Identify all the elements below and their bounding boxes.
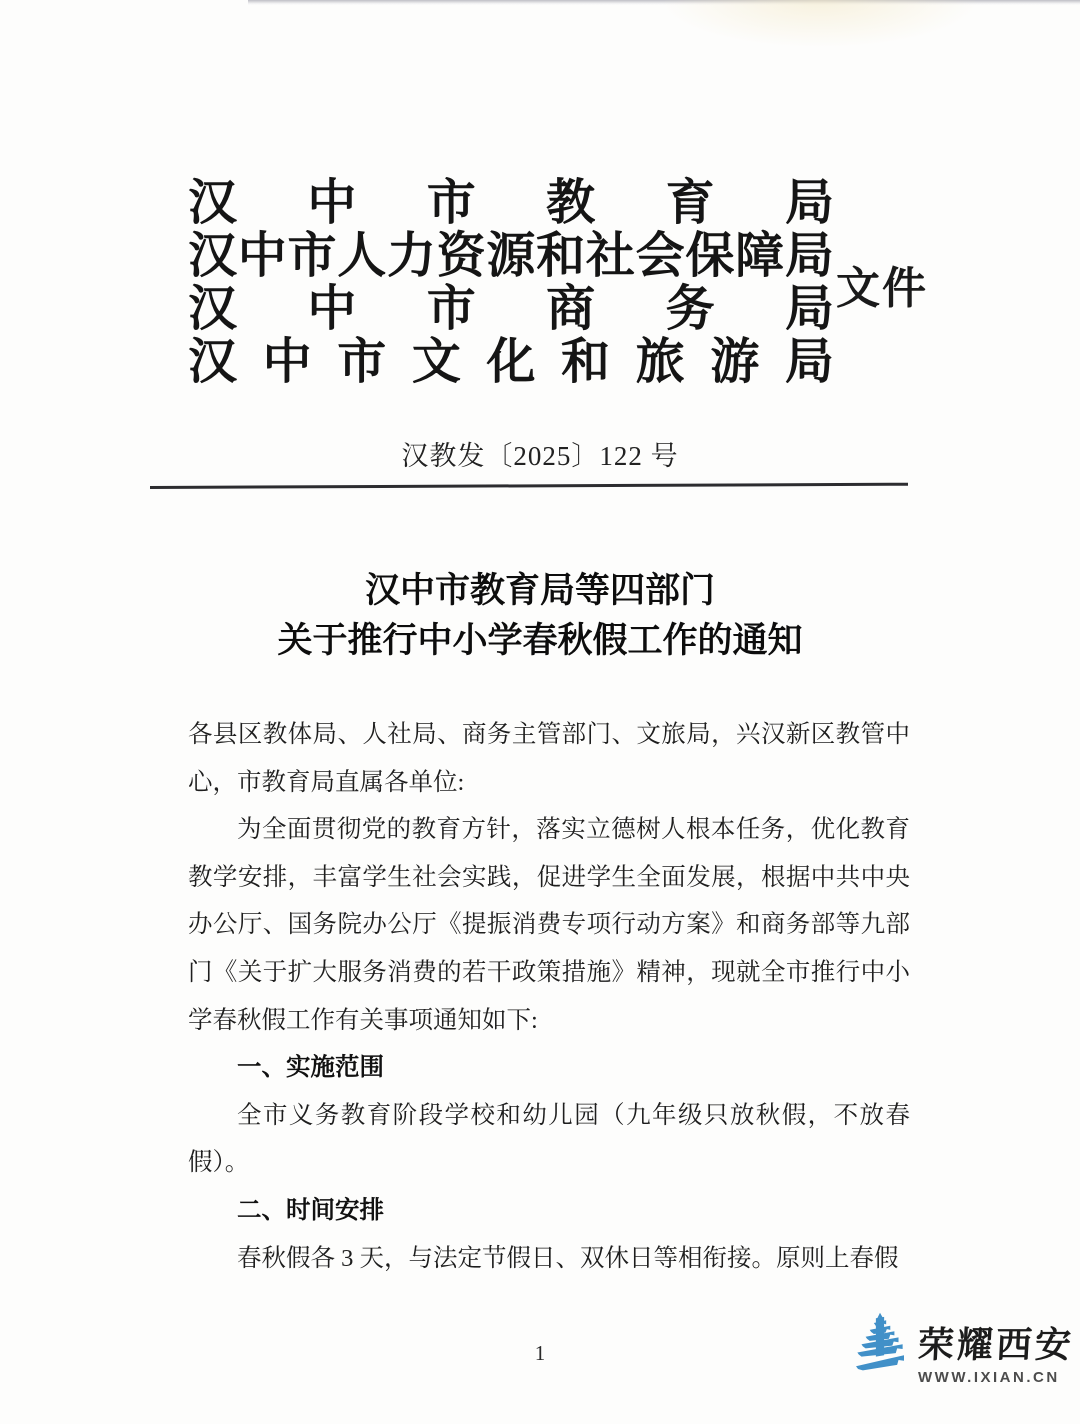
body-block: 各县区教体局、人社局、商务主管部门、文旅局，兴汉新区教管中心，市教育局直属各单位… (188, 711, 910, 806)
agency-name: 汉中市教育局 (188, 176, 834, 229)
agency-name: 汉中市人力资源和社会保障局 (188, 229, 834, 282)
document-body: 各县区教体局、人社局、商务主管部门、文旅局，兴汉新区教管中心，市教育局直属各单位… (188, 711, 910, 1282)
watermark-site-name: 荣耀西安 (917, 1326, 1075, 1364)
document-number: 汉教发〔2025〕122 号 (0, 434, 1080, 473)
document-title-line2: 关于推行中小学春秋假工作的通知 (0, 616, 1080, 666)
document-title: 汉中市教育局等四部门 关于推行中小学春秋假工作的通知 (0, 566, 1080, 666)
scan-tint-artifact (660, 0, 980, 48)
body-block: 为全面贯彻党的教育方针，落实立德树人根本任务，优化教育教学安排，丰富学生社会实践… (188, 806, 910, 1044)
letterhead-agencies: 汉中市教育局 汉中市人力资源和社会保障局 汉中市商务局 汉中市文化和旅游局 (188, 176, 834, 388)
watermark-text: 荣耀西安 WWW.IXIAN.CN (918, 1326, 1074, 1386)
agency-name: 汉中市商务局 (188, 282, 834, 335)
site-watermark: 荣耀西安 WWW.IXIAN.CN (856, 1312, 1074, 1386)
body-block: 二、时间安排 (188, 1187, 910, 1235)
pagoda-icon (856, 1312, 904, 1382)
body-block: 一、实施范围 (188, 1044, 910, 1092)
body-block: 全市义务教育阶段学校和幼儿园（九年级只放秋假，不放春假）。 (188, 1092, 910, 1187)
document-title-line1: 汉中市教育局等四部门 (0, 566, 1080, 616)
document-page: 汉中市教育局 汉中市人力资源和社会保障局 汉中市商务局 汉中市文化和旅游局 文件… (0, 0, 1080, 1424)
body-block: 春秋假各 3 天，与法定节假日、双休日等相衔接。原则上春假 (188, 1235, 910, 1283)
document-label: 文件 (836, 252, 928, 316)
letterhead-divider (150, 483, 908, 489)
watermark-site-url: WWW.IXIAN.CN (918, 1369, 1074, 1386)
agency-name: 汉中市文化和旅游局 (188, 335, 834, 388)
